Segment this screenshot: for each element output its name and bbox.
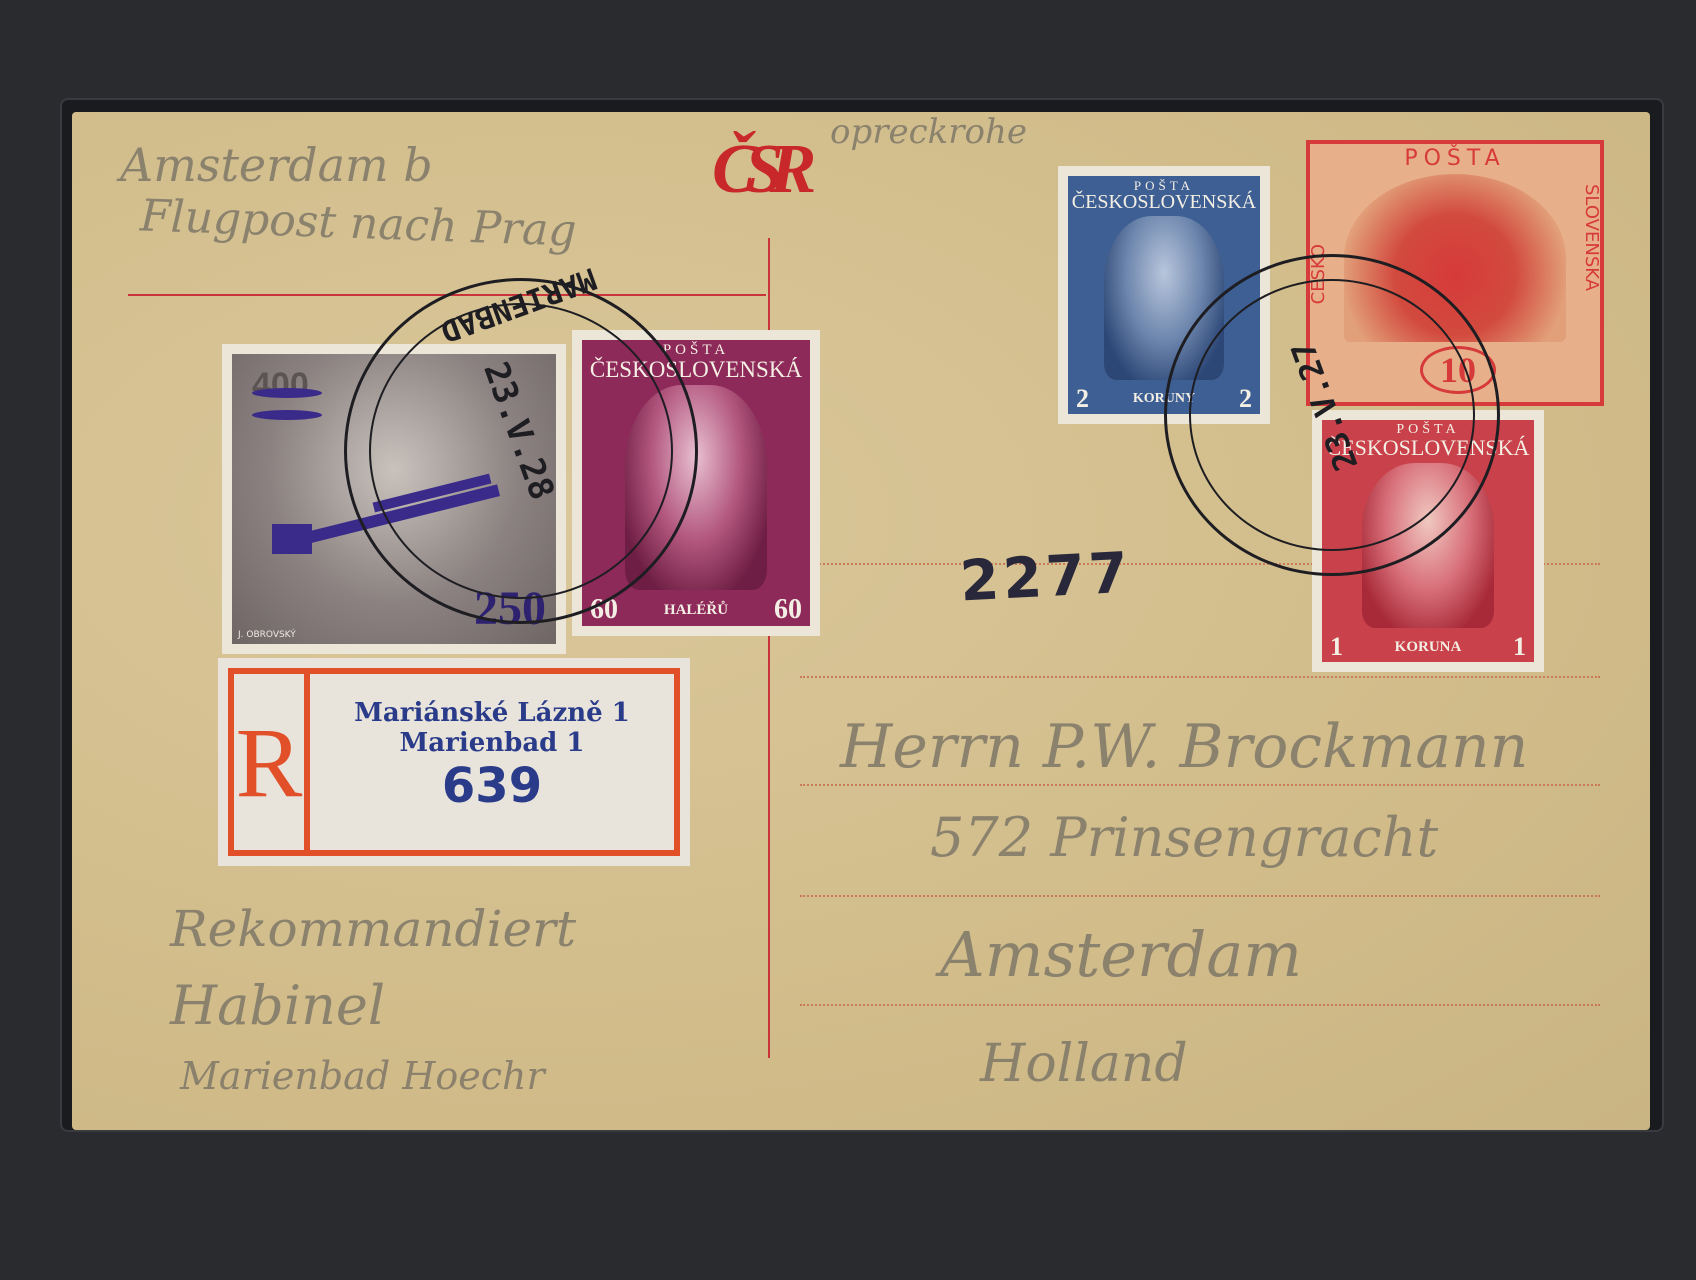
stamp-value-row: 60 HALÉŘŮ 60: [582, 594, 810, 626]
indicium-right: SLOVENSKÁ: [1581, 184, 1602, 291]
propeller-overprint-icon: [252, 384, 322, 424]
registration-office-german: Marienbad 1: [310, 728, 674, 758]
stamp-header-top: POŠTA: [663, 343, 729, 358]
stamp-value: 2: [1076, 384, 1089, 414]
csr-monogram: ČSR: [712, 130, 802, 210]
registration-number-stamp: 2277: [958, 541, 1133, 615]
address-line: [800, 676, 1600, 678]
registration-label: R Mariánské Lázně 1 Marienbad 1 639: [218, 658, 690, 866]
sender-line: Rekommandiert: [170, 900, 576, 958]
registration-frame: R Mariánské Lázně 1 Marienbad 1 639: [228, 668, 680, 856]
registration-text: Mariánské Lázně 1 Marienbad 1 639: [310, 674, 674, 850]
recipient-country: Holland: [980, 1034, 1188, 1094]
postmark-right: 23.V.27: [1164, 254, 1500, 576]
recipient-street: 572 Prinsengracht: [930, 806, 1438, 869]
indicium-top: POŠTA: [1310, 146, 1600, 171]
stamp-unit: KORUNA: [1395, 639, 1462, 656]
stamp-value: 60: [774, 594, 802, 626]
stamp-value: 1: [1330, 632, 1343, 662]
address-line: [800, 784, 1600, 786]
handwriting-line: opreckrohe: [830, 112, 1027, 152]
stamp-value-row: 1 KORUNA 1: [1322, 632, 1534, 662]
stamp-value: 1: [1513, 632, 1526, 662]
registration-number-label: 639: [310, 758, 674, 814]
stamp-header: ČESKOSLOVENSKÁ: [1072, 192, 1256, 212]
recipient-name: Herrn P.W. Brockmann: [840, 712, 1528, 782]
stamp-unit: HALÉŘŮ: [664, 602, 728, 619]
handwriting-line: Amsterdam b: [120, 138, 433, 192]
registration-letter: R: [234, 674, 310, 850]
stamp-designer: J. OBROVSKÝ: [238, 630, 296, 640]
address-line: [800, 895, 1600, 897]
registration-office: Mariánské Lázně 1: [310, 698, 674, 728]
sender-line: Marienbad Hoechr: [180, 1054, 545, 1098]
address-line: [800, 1004, 1600, 1006]
sender-line: Habinel: [170, 974, 385, 1037]
recipient-city: Amsterdam: [940, 918, 1302, 991]
postmark-left: MARIENBAD 23.V.28: [344, 278, 698, 624]
